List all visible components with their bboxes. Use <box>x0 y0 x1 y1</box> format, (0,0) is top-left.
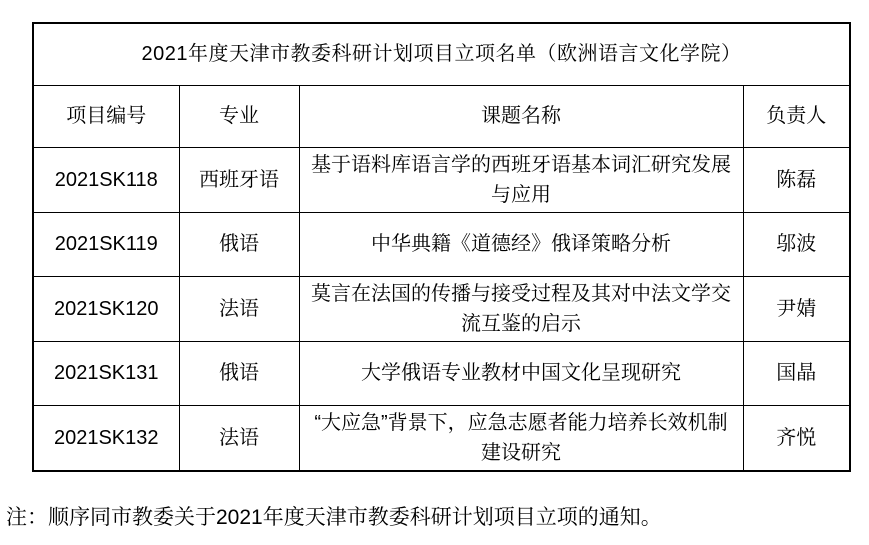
table-row: 2021SK131 俄语 大学俄语专业教材中国文化呈现研究 国晶 <box>33 341 850 405</box>
leader-cell: 国晶 <box>743 341 850 405</box>
topic-cell: 莫言在法国的传播与接受过程及其对中法文学交流互鉴的启示 <box>299 276 743 341</box>
table-title: 2021年度天津市教委科研计划项目立项名单（欧洲语言文化学院） <box>33 23 850 85</box>
topic-cell: “大应急”背景下，应急志愿者能力培养长效机制建设研究 <box>299 405 743 471</box>
leader-cell: 陈磊 <box>743 147 850 212</box>
leader-cell: 尹婧 <box>743 276 850 341</box>
column-header-row: 项目编号 专业 课题名称 负责人 <box>33 85 850 147</box>
major-cell: 法语 <box>179 276 299 341</box>
project-code-cell: 2021SK132 <box>33 405 179 471</box>
topic-cell: 基于语料库语言学的西班牙语基本词汇研究发展与应用 <box>299 147 743 212</box>
column-header-major: 专业 <box>179 85 299 147</box>
table-row: 2021SK119 俄语 中华典籍《道德经》俄译策略分析 邬波 <box>33 212 850 276</box>
title-row: 2021年度天津市教委科研计划项目立项名单（欧洲语言文化学院） <box>33 23 850 85</box>
major-cell: 俄语 <box>179 212 299 276</box>
leader-cell: 邬波 <box>743 212 850 276</box>
leader-cell: 齐悦 <box>743 405 850 471</box>
table-row: 2021SK118 西班牙语 基于语料库语言学的西班牙语基本词汇研究发展与应用 … <box>33 147 850 212</box>
table-row: 2021SK132 法语 “大应急”背景下，应急志愿者能力培养长效机制建设研究 … <box>33 405 850 471</box>
major-cell: 西班牙语 <box>179 147 299 212</box>
major-cell: 法语 <box>179 405 299 471</box>
topic-cell: 中华典籍《道德经》俄译策略分析 <box>299 212 743 276</box>
major-cell: 俄语 <box>179 341 299 405</box>
project-code-cell: 2021SK131 <box>33 341 179 405</box>
project-code-cell: 2021SK120 <box>33 276 179 341</box>
footnote: 注：顺序同市教委关于2021年度天津市教委科研计划项目立项的通知。 <box>6 503 662 533</box>
document-page: 2021年度天津市教委科研计划项目立项名单（欧洲语言文化学院） 项目编号 专业 … <box>0 0 869 545</box>
topic-cell: 大学俄语专业教材中国文化呈现研究 <box>299 341 743 405</box>
project-code-cell: 2021SK119 <box>33 212 179 276</box>
column-header-leader: 负责人 <box>743 85 850 147</box>
column-header-project-code: 项目编号 <box>33 85 179 147</box>
table-row: 2021SK120 法语 莫言在法国的传播与接受过程及其对中法文学交流互鉴的启示… <box>33 276 850 341</box>
project-code-cell: 2021SK118 <box>33 147 179 212</box>
project-approval-table: 2021年度天津市教委科研计划项目立项名单（欧洲语言文化学院） 项目编号 专业 … <box>32 22 851 472</box>
column-header-topic: 课题名称 <box>299 85 743 147</box>
